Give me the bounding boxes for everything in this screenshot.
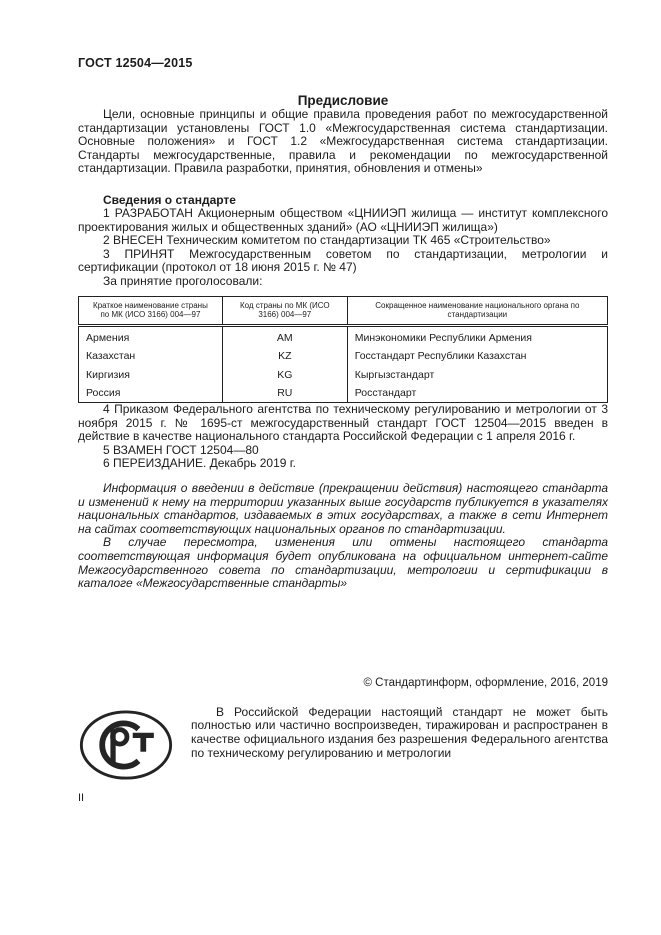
standard-item-2: 2 ВНЕСЕН Техническим комитетом по станда…: [78, 234, 608, 248]
standard-item-5: 5 ВЗАМЕН ГОСТ 12504—80: [78, 444, 608, 458]
table-row: Казахстан KZ Госстандарт Республики Каза…: [79, 347, 608, 366]
table-cell-body: Росстандарт: [347, 384, 607, 403]
note-publication: Информация о введении в действие (прекра…: [78, 482, 608, 536]
column-header-country: Краткое наименование страны по МК (ИСО 3…: [79, 296, 223, 325]
standard-info-heading: Сведения о стандарте: [78, 193, 608, 207]
table-header-row: Краткое наименование страны по МК (ИСО 3…: [79, 296, 608, 325]
table-cell-country: Казахстан: [79, 347, 223, 366]
standard-item-3: 3 ПРИНЯТ Межгосударственным советом по с…: [78, 248, 608, 275]
intro-paragraph: Цели, основные принципы и общие правила …: [78, 108, 608, 176]
table-cell-body: Минэкономики Республики Армения: [347, 325, 607, 347]
column-header-body: Сокращенное наименование национального о…: [347, 296, 607, 325]
footer-block: В Российской Федерации настоящий стандар…: [78, 706, 608, 787]
table-cell-code: KZ: [222, 347, 347, 366]
table-row: Армения AM Минэкономики Республики Армен…: [79, 325, 608, 347]
reproduction-restriction: В Российской Федерации настоящий стандар…: [191, 706, 608, 787]
standard-item-1: 1 РАЗРАБОТАН Акционерным обществом «ЦНИИ…: [78, 207, 608, 234]
table-cell-body: Кыргызстандарт: [347, 365, 607, 384]
rst-certification-mark-icon: [78, 708, 174, 782]
table-cell-country: Армения: [79, 325, 223, 347]
page-title: Предисловие: [78, 93, 608, 108]
table-cell-code: RU: [222, 384, 347, 403]
copyright-line: © Стандартинформ, оформление, 2016, 2019: [78, 677, 608, 689]
table-cell-body: Госстандарт Республики Казахстан: [347, 347, 607, 366]
page-number: II: [78, 792, 608, 804]
table-cell-code: AM: [222, 325, 347, 347]
column-header-code: Код страны по МК (ИСО 3166) 004—97: [222, 296, 347, 325]
table-cell-country: Киргизия: [79, 365, 223, 384]
table-cell-code: KG: [222, 365, 347, 384]
document-page: ГОСТ 12504—2015 Предисловие Цели, основн…: [0, 0, 661, 935]
document-code: ГОСТ 12504—2015: [78, 56, 608, 70]
table-row: Россия RU Росстандарт: [79, 384, 608, 403]
information-notes: Информация о введении в действие (прекра…: [78, 482, 608, 591]
table-cell-country: Россия: [79, 384, 223, 403]
note-revision: В случае пересмотра, изменения или отмен…: [78, 536, 608, 590]
vote-table: Краткое наименование страны по МК (ИСО 3…: [78, 296, 608, 404]
vote-intro-line: За принятие проголосовали:: [78, 275, 608, 289]
rst-logo: [78, 706, 176, 787]
table-row: Киргизия KG Кыргызстандарт: [79, 365, 608, 384]
standard-item-6: 6 ПЕРЕИЗДАНИЕ. Декабрь 2019 г.: [78, 457, 608, 471]
standard-item-4: 4 Приказом Федерального агентства по тех…: [78, 403, 608, 444]
